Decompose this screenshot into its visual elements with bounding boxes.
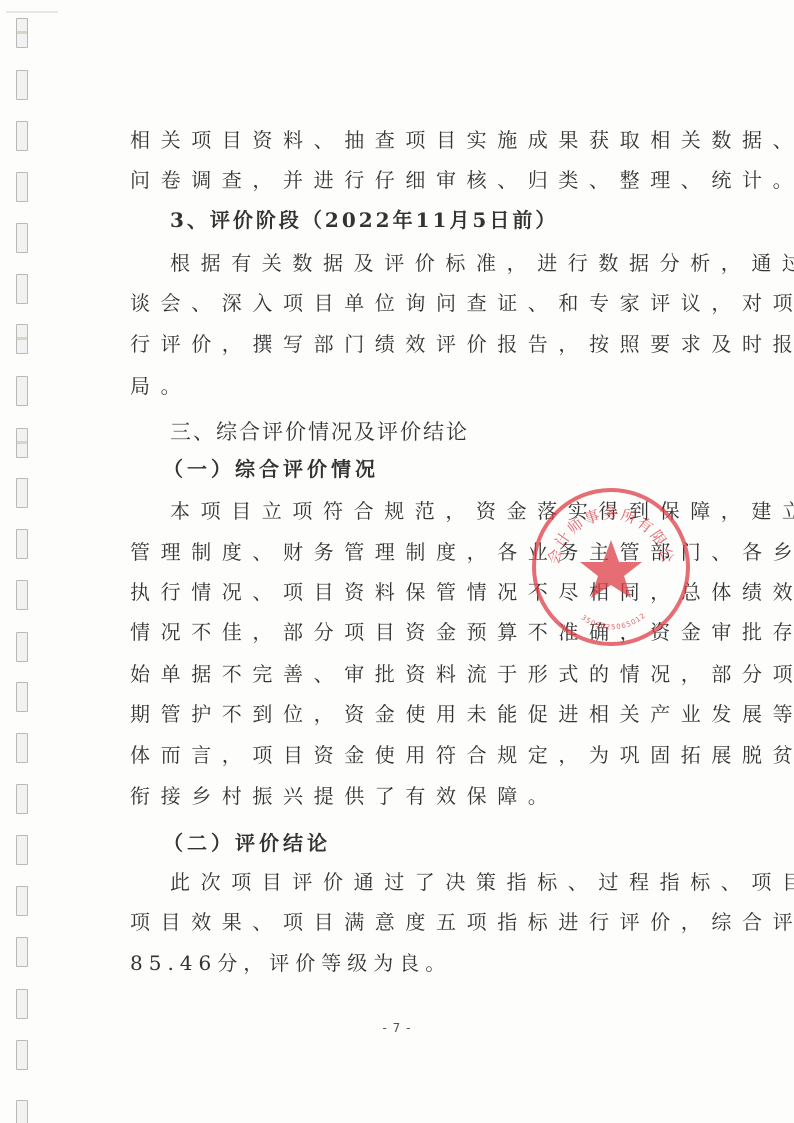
binding-holes <box>0 0 40 1123</box>
paragraph-line: 谈会、深入项目单位询问查证、和专家评议，对项目绩效进 <box>130 289 676 317</box>
paragraph-line: 行评价，撰写部门绩效评价报告，按照要求及时报送市财政 <box>130 330 676 358</box>
binding-hole <box>16 428 28 458</box>
page-number: - 7 - <box>0 1021 794 1035</box>
binding-hole <box>16 682 28 712</box>
binding-hole <box>16 376 28 406</box>
paragraph-line: 期管护不到位，资金使用未能促进相关产业发展等问题。总 <box>130 700 676 728</box>
binding-hole <box>16 886 28 916</box>
paragraph-line: 此次项目评价通过了决策指标、过程指标、项目产出、 <box>170 868 676 896</box>
paragraph-line: 管理制度、财务管理制度，各业务主管部门、各乡镇（街道） <box>130 538 676 566</box>
section-heading: 三、综合评价情况及评价结论 <box>170 418 676 446</box>
binding-hole <box>16 529 28 559</box>
binding-hole <box>16 989 28 1019</box>
subheading-evaluation-stage: 3、评价阶段（2022年11月5日前） <box>170 206 676 234</box>
binding-hole <box>16 70 28 100</box>
subsection-heading-conclusion: （二）评价结论 <box>163 829 669 857</box>
binding-hole <box>16 1040 28 1070</box>
paragraph-line: 项目效果、项目满意度五项指标进行评价，综合评价得分为 <box>130 908 676 936</box>
subsection-heading-overall: （一）综合评价情况 <box>163 455 669 483</box>
paragraph-line: 问卷调查，并进行仔细审核、归类、整理、统计。 <box>130 166 676 194</box>
binding-hole <box>16 172 28 202</box>
paragraph-line: 衔接乡村振兴提供了有效保障。 <box>130 782 676 810</box>
binding-hole <box>16 1100 28 1123</box>
paragraph-line: 情况不佳，部分项目资金预算不准确，资金审批存在相关原 <box>130 618 676 646</box>
paragraph-line: 体而言，项目资金使用符合规定，为巩固拓展脱贫攻坚成果 <box>130 741 676 769</box>
binding-hole <box>16 324 28 354</box>
binding-hole <box>16 784 28 814</box>
paragraph-line: 本项目立项符合规范，资金落实得到保障，建立了业务 <box>170 497 676 525</box>
binding-hole <box>16 733 28 763</box>
binding-hole <box>16 274 28 304</box>
paragraph-line: 执行情况、项目资料保管情况不尽相同，总体绩效目标申报 <box>130 578 676 606</box>
paragraph-line: 始单据不完善、审批资料流于形式的情况，部分项目存在后 <box>130 660 676 688</box>
binding-hole <box>16 223 28 253</box>
binding-hole <box>16 632 28 662</box>
paragraph-line-score: 85.46分，评价等级为良。 <box>130 949 676 977</box>
paragraph-line: 局。 <box>130 372 676 400</box>
binding-hole <box>16 478 28 508</box>
paragraph-line: 相关项目资料、抽查项目实施成果获取相关数据、实地开展 <box>130 126 676 154</box>
binding-hole <box>16 937 28 967</box>
binding-hole <box>16 121 28 151</box>
binding-hole <box>16 18 28 48</box>
binding-hole <box>16 580 28 610</box>
binding-hole <box>16 835 28 865</box>
paragraph-line: 根据有关数据及评价标准，进行数据分析，通过召开座 <box>170 249 676 277</box>
